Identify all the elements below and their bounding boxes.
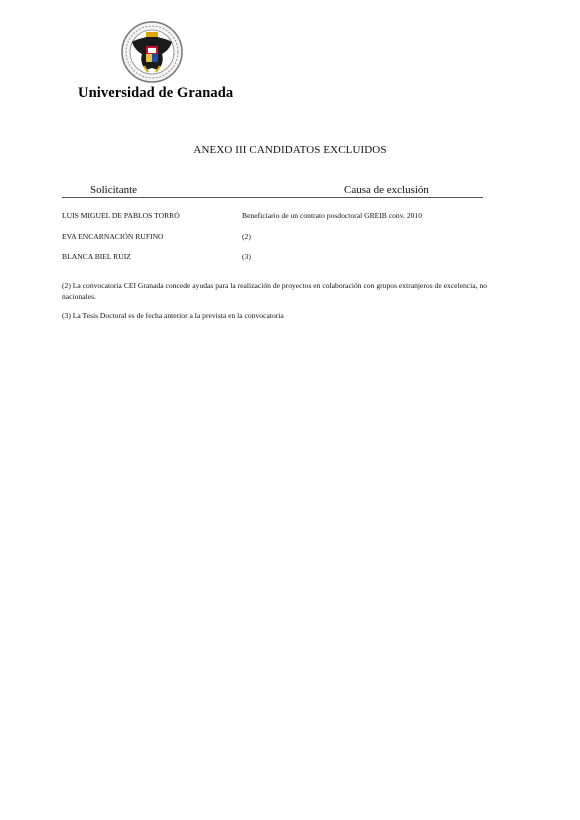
applicant-name: LUIS MIGUEL DE PABLOS TORRÓ [62, 211, 180, 220]
applicant-name: EVA ENCARNACIÓN RUFINO [62, 232, 164, 241]
applicant-name: BLANCA BIEL RUIZ [62, 252, 131, 261]
table-row: BLANCA BIEL RUIZ (3) [62, 252, 502, 262]
exclusion-cause: (2) [242, 232, 251, 241]
university-name: Universidad de Granada [78, 85, 233, 102]
table-header: Solicitante Causa de exclusión [62, 185, 483, 198]
footnote-2: (2) La convocatoria CEI Granada concede … [62, 281, 502, 302]
university-crest-icon [120, 20, 184, 84]
exclusion-cause: (3) [242, 252, 251, 261]
footnote-3: (3) La Tesis Doctoral es de fecha anteri… [62, 311, 502, 322]
university-logo [120, 20, 184, 84]
document-title: ANEXO III CANDIDATOS EXCLUIDOS [0, 144, 580, 156]
exclusion-cause: Beneficiario de un contrato posdoctoral … [242, 211, 422, 220]
column-header-causa: Causa de exclusión [344, 184, 429, 196]
table-row: LUIS MIGUEL DE PABLOS TORRÓ Beneficiario… [62, 211, 502, 221]
column-header-solicitante: Solicitante [90, 184, 137, 196]
table-row: EVA ENCARNACIÓN RUFINO (2) [62, 232, 502, 242]
